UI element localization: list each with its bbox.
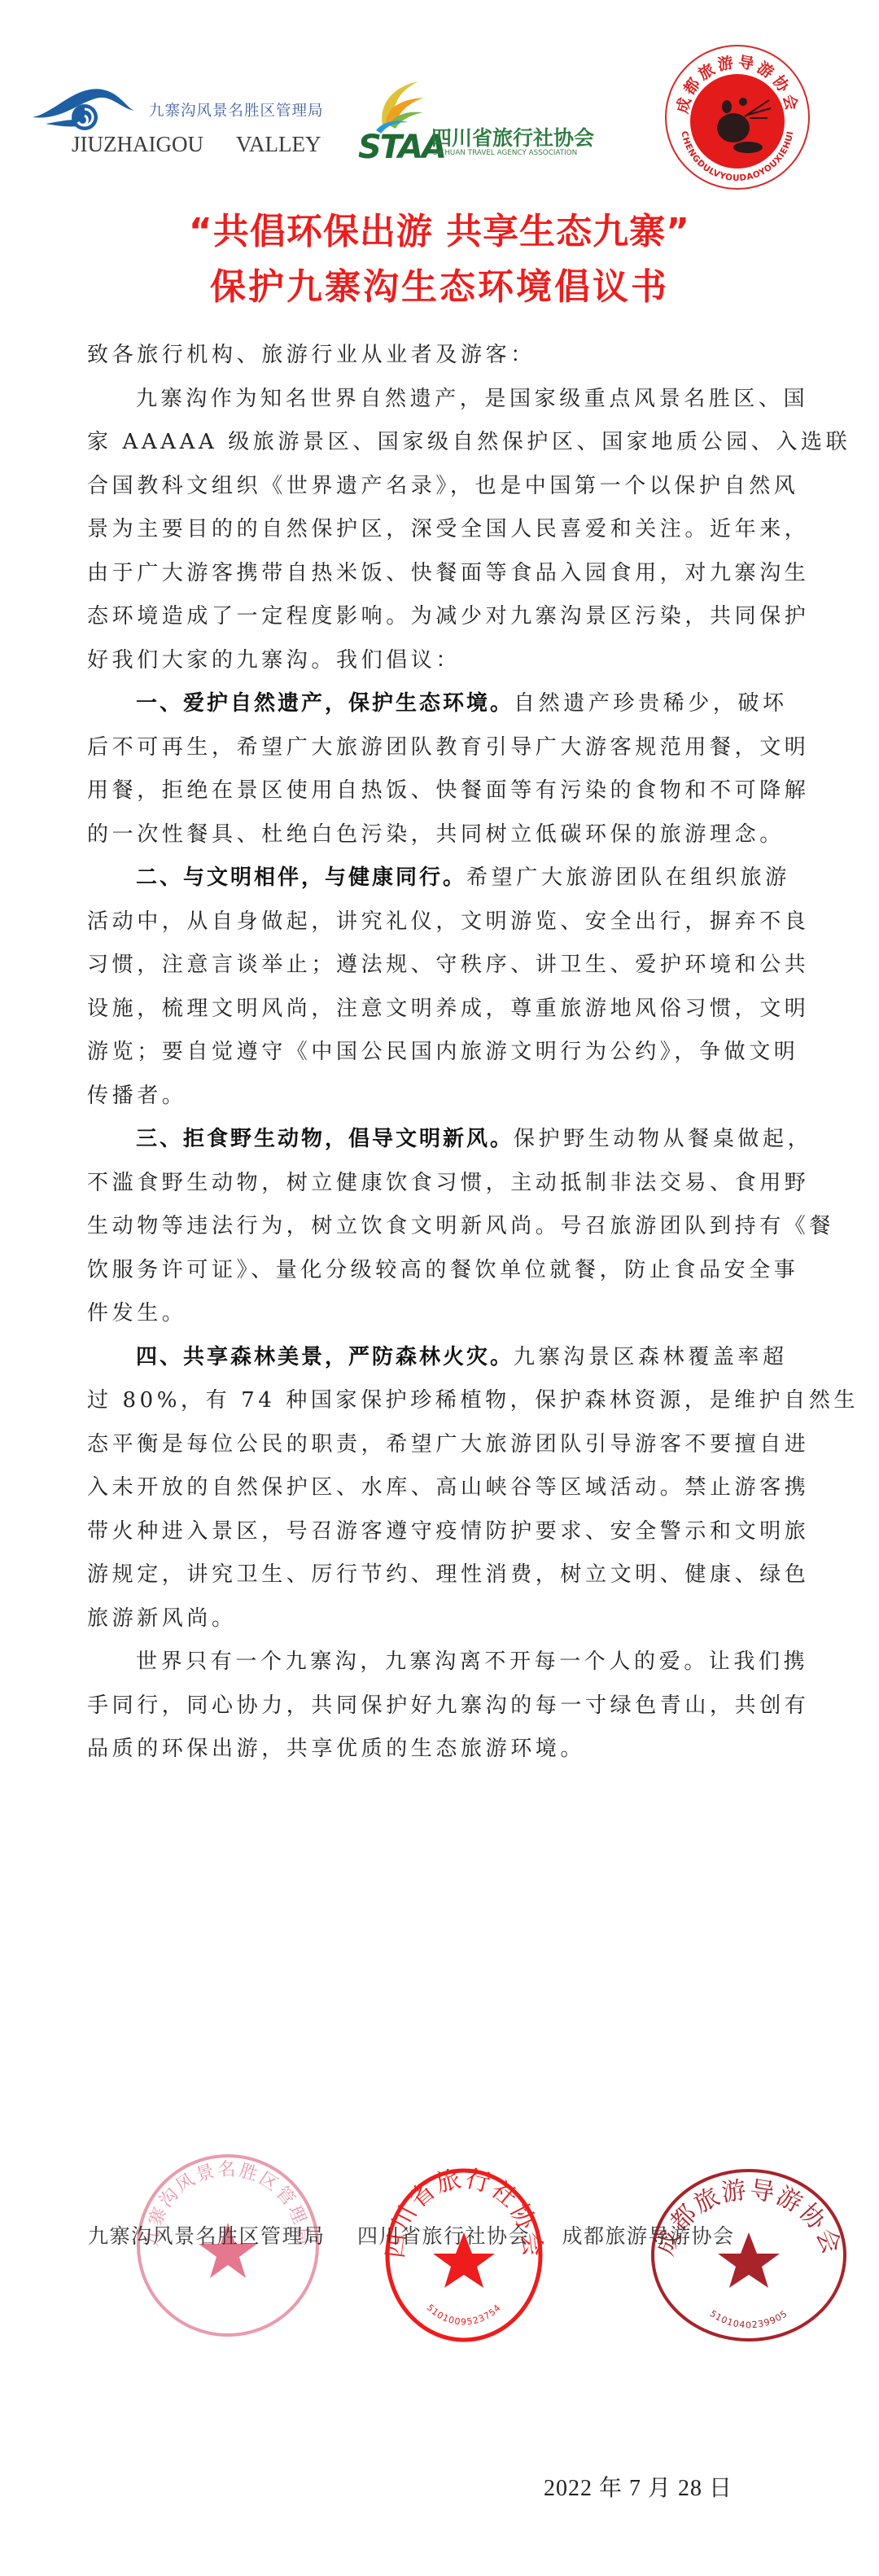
proposal-3: 三、拒食野生动物，倡导文明新风。保护野生动物从餐桌做起， 不滥食野生动物，树立健… (87, 1118, 820, 1336)
proposal-line: 不滥食野生动物，树立健康饮食习惯，主动抵制非法交易、食用野 (87, 1162, 820, 1206)
salutation: 致各旅行机构、旅游行业从业者及游客： (87, 334, 820, 378)
proposal-heading: 四、共享森林美景，严防森林火灾。 (136, 1345, 514, 1369)
proposal-text: 自然遗产珍贵稀少，破坏 (514, 691, 788, 716)
proposal-2: 二、与文明相伴，与健康同行。希望广大旅游团队在组织旅游 活动中，从自身做起，讲究… (87, 856, 820, 1118)
proposal-line: 习惯，注意言谈举止；遵法规、守秩序、讲卫生、爱护环境和公共 (87, 944, 820, 988)
jiuzhaigou-logo: 九寨沟风景名胜区管理局 JIUZHAIGOU VALLEY (31, 80, 340, 169)
staa-cn-name: 四川省旅行社协会 (431, 122, 594, 151)
staa-official-seal: 四川省旅行社协会 5101009523754 (383, 2166, 545, 2345)
proposal-line: 传播者。 (87, 1075, 820, 1119)
proposal-line: 旅游新风尚。 (87, 1597, 820, 1641)
closing-line: 世界只有一个九寨沟，九寨沟离不开每一个人的爱。让我们携 (87, 1641, 820, 1684)
intro-line: 景为主要目的的自然保护区，深受全国人民喜爱和关注。近年来， (87, 508, 820, 552)
proposal-line: 件发生。 (87, 1292, 820, 1336)
chengdu-guide-association-logo: 成都旅游导游协会 CHENGDULVYOUDAOYOUXIEHUI (663, 43, 811, 191)
intro-line: 家 AAAAA 级旅游景区、国家级自然保护区、国家地质公园、入选联 (87, 421, 820, 465)
proposal-line: 后不可再生，希望广大旅游团队教育引导广大游客规范用餐，文明 (87, 726, 820, 770)
panda-seal-icon: 成都旅游导游协会 CHENGDULVYOUDAOYOUXIEHUI (663, 43, 811, 191)
proposal-line: 游览；要自觉遵守《中国公民国内旅游文明行为公约》，争做文明 (87, 1031, 820, 1075)
signatory-chengdu: 成都旅游导游协会 (562, 2224, 734, 2248)
intro-paragraph: 九寨沟作为知名世界自然遗产，是国家级重点风景名胜区、国 家 AAAAA 级旅游景… (87, 378, 820, 683)
proposal-line: 饮服务许可证》、量化分级较高的餐饮单位就餐，防止食品安全事 (87, 1249, 820, 1293)
proposal-line: 带火种进入景区，号召游客遵守疫情防护要求、安全警示和文明旅 (87, 1510, 820, 1554)
signatory-staa: 四川省旅行社协会 (357, 2224, 530, 2248)
closing-line: 手同行，同心协力，共同保护好九寨沟的每一寸绿色青山，共创有 (87, 1684, 820, 1728)
signatory-names: 九寨沟风景名胜区管理局 四川省旅行社协会 成都旅游导游协会 (88, 2220, 759, 2250)
closing-paragraph: 世界只有一个九寨沟，九寨沟离不开每一个人的爱。让我们携 手同行，同心协力，共同保… (87, 1641, 820, 1772)
document-title: “共倡环保出游 共享生态九寨” 保护九寨沟生态环境倡议书 (0, 204, 879, 314)
proposal-heading: 三、拒食野生动物，倡导文明新风。 (136, 1127, 514, 1151)
proposal-text: 希望广大旅游团队在组织旅游 (466, 865, 790, 890)
document-date: 2022 年 7 月 28 日 (544, 2470, 732, 2503)
svg-text:5101040239905: 5101040239905 (708, 2308, 790, 2330)
staa-ribbon-icon (358, 77, 423, 134)
proposal-first-line: 三、拒食野生动物，倡导文明新风。保护野生动物从餐桌做起， (87, 1118, 820, 1162)
intro-line: 合国教科文组织《世界遗产名录》，也是中国第一个以保护自然风 (87, 465, 820, 509)
intro-line: 由于广大游客携带自热米饭、快餐面等食品入园食用，对九寨沟生 (87, 552, 820, 596)
proposal-first-line: 一、爱护自然遗产，保护生态环境。自然遗产珍贵稀少，破坏 (87, 682, 820, 726)
proposal-first-line: 四、共享森林美景，严防森林火灾。九寨沟景区森林覆盖率超 (87, 1336, 820, 1380)
title-main: 保护九寨沟生态环境倡议书 (0, 261, 879, 314)
proposal-heading: 一、爱护自然遗产，保护生态环境。 (136, 691, 514, 716)
proposal-line: 活动中，从自身做起，讲究礼仪，文明游览、安全出行，摒弃不良 (87, 900, 820, 944)
staa-logo: STAA 四川省旅行社协会 SICHUAN TRAVEL AGENCY ASSO… (358, 77, 619, 166)
proposal-line: 设施，梳理文明风尚，注意文明养成，尊重旅游地风俗习惯，文明 (87, 988, 820, 1032)
jiuzhaigou-en-name: JIUZHAIGOU VALLEY (72, 132, 321, 157)
svg-text:5101009523754: 5101009523754 (425, 2302, 504, 2328)
salutation-text: 致各旅行机构、旅游行业从业者及游客： (87, 334, 820, 378)
logo-header: 九寨沟风景名胜区管理局 JIUZHAIGOU VALLEY STAA 四川省旅行… (0, 0, 879, 179)
proposal-line: 用餐，拒绝在景区使用自热饭、快餐面等有污染的食物和不可降解 (87, 769, 820, 813)
proposal-line: 的一次性餐具、杜绝白色污染，共同树立低碳环保的旅游理念。 (87, 813, 820, 857)
proposal-line: 态平衡是每位公民的职责，希望广大旅游团队引导游客不要擅自进 (87, 1423, 820, 1467)
proposal-4: 四、共享森林美景，严防森林火灾。九寨沟景区森林覆盖率超 过 80%，有 74 种… (87, 1336, 820, 1641)
proposal-line: 游规定，讲究卫生、厉行节约、理性消费，树立文明、健康、绿色 (87, 1553, 820, 1597)
jiuzhaigou-cn-name: 九寨沟风景名胜区管理局 (149, 99, 324, 120)
proposal-text: 九寨沟景区森林覆盖率超 (514, 1345, 788, 1369)
proposal-1: 一、爱护自然遗产，保护生态环境。自然遗产珍贵稀少，破坏 后不可再生，希望广大旅游… (87, 682, 820, 856)
proposal-heading: 二、与文明相伴，与健康同行。 (136, 865, 466, 890)
proposal-first-line: 二、与文明相伴，与健康同行。希望广大旅游团队在组织旅游 (87, 856, 820, 900)
closing-line: 品质的环保出游，共享优质的生态旅游环境。 (87, 1728, 820, 1772)
staa-en-name: SICHUAN TRAVEL AGENCY ASSOCIATION (433, 149, 577, 157)
intro-line: 九寨沟作为知名世界自然遗产，是国家级重点风景名胜区、国 (87, 378, 820, 422)
chengdu-guide-official-seal: 成都旅游导游协会 5101040239905 (647, 2166, 851, 2345)
proposal-line: 生动物等违法行为，树立饮食文明新风尚。号召旅游团队到持有《餐 (87, 1205, 820, 1249)
proposal-body: 致各旅行机构、旅游行业从业者及游客： 九寨沟作为知名世界自然遗产，是国家级重点风… (87, 334, 820, 1772)
title-slogan: “共倡环保出游 共享生态九寨” (0, 204, 879, 261)
intro-line: 态环境造成了一定程度影响。为减少对九寨沟景区污染，共同保护 (87, 595, 820, 639)
proposal-line: 过 80%，有 74 种国家保护珍稀植物，保护森林资源，是维护自然生 (87, 1379, 820, 1423)
intro-line: 好我们大家的九寨沟。我们倡议： (87, 639, 820, 683)
signatory-jiuzhaigou: 九寨沟风景名胜区管理局 (88, 2224, 326, 2248)
proposal-text: 保护野生动物从餐桌做起， (514, 1127, 812, 1151)
proposal-line: 入未开放的自然保护区、水库、高山峡谷等区域活动。禁止游客携 (87, 1466, 820, 1510)
